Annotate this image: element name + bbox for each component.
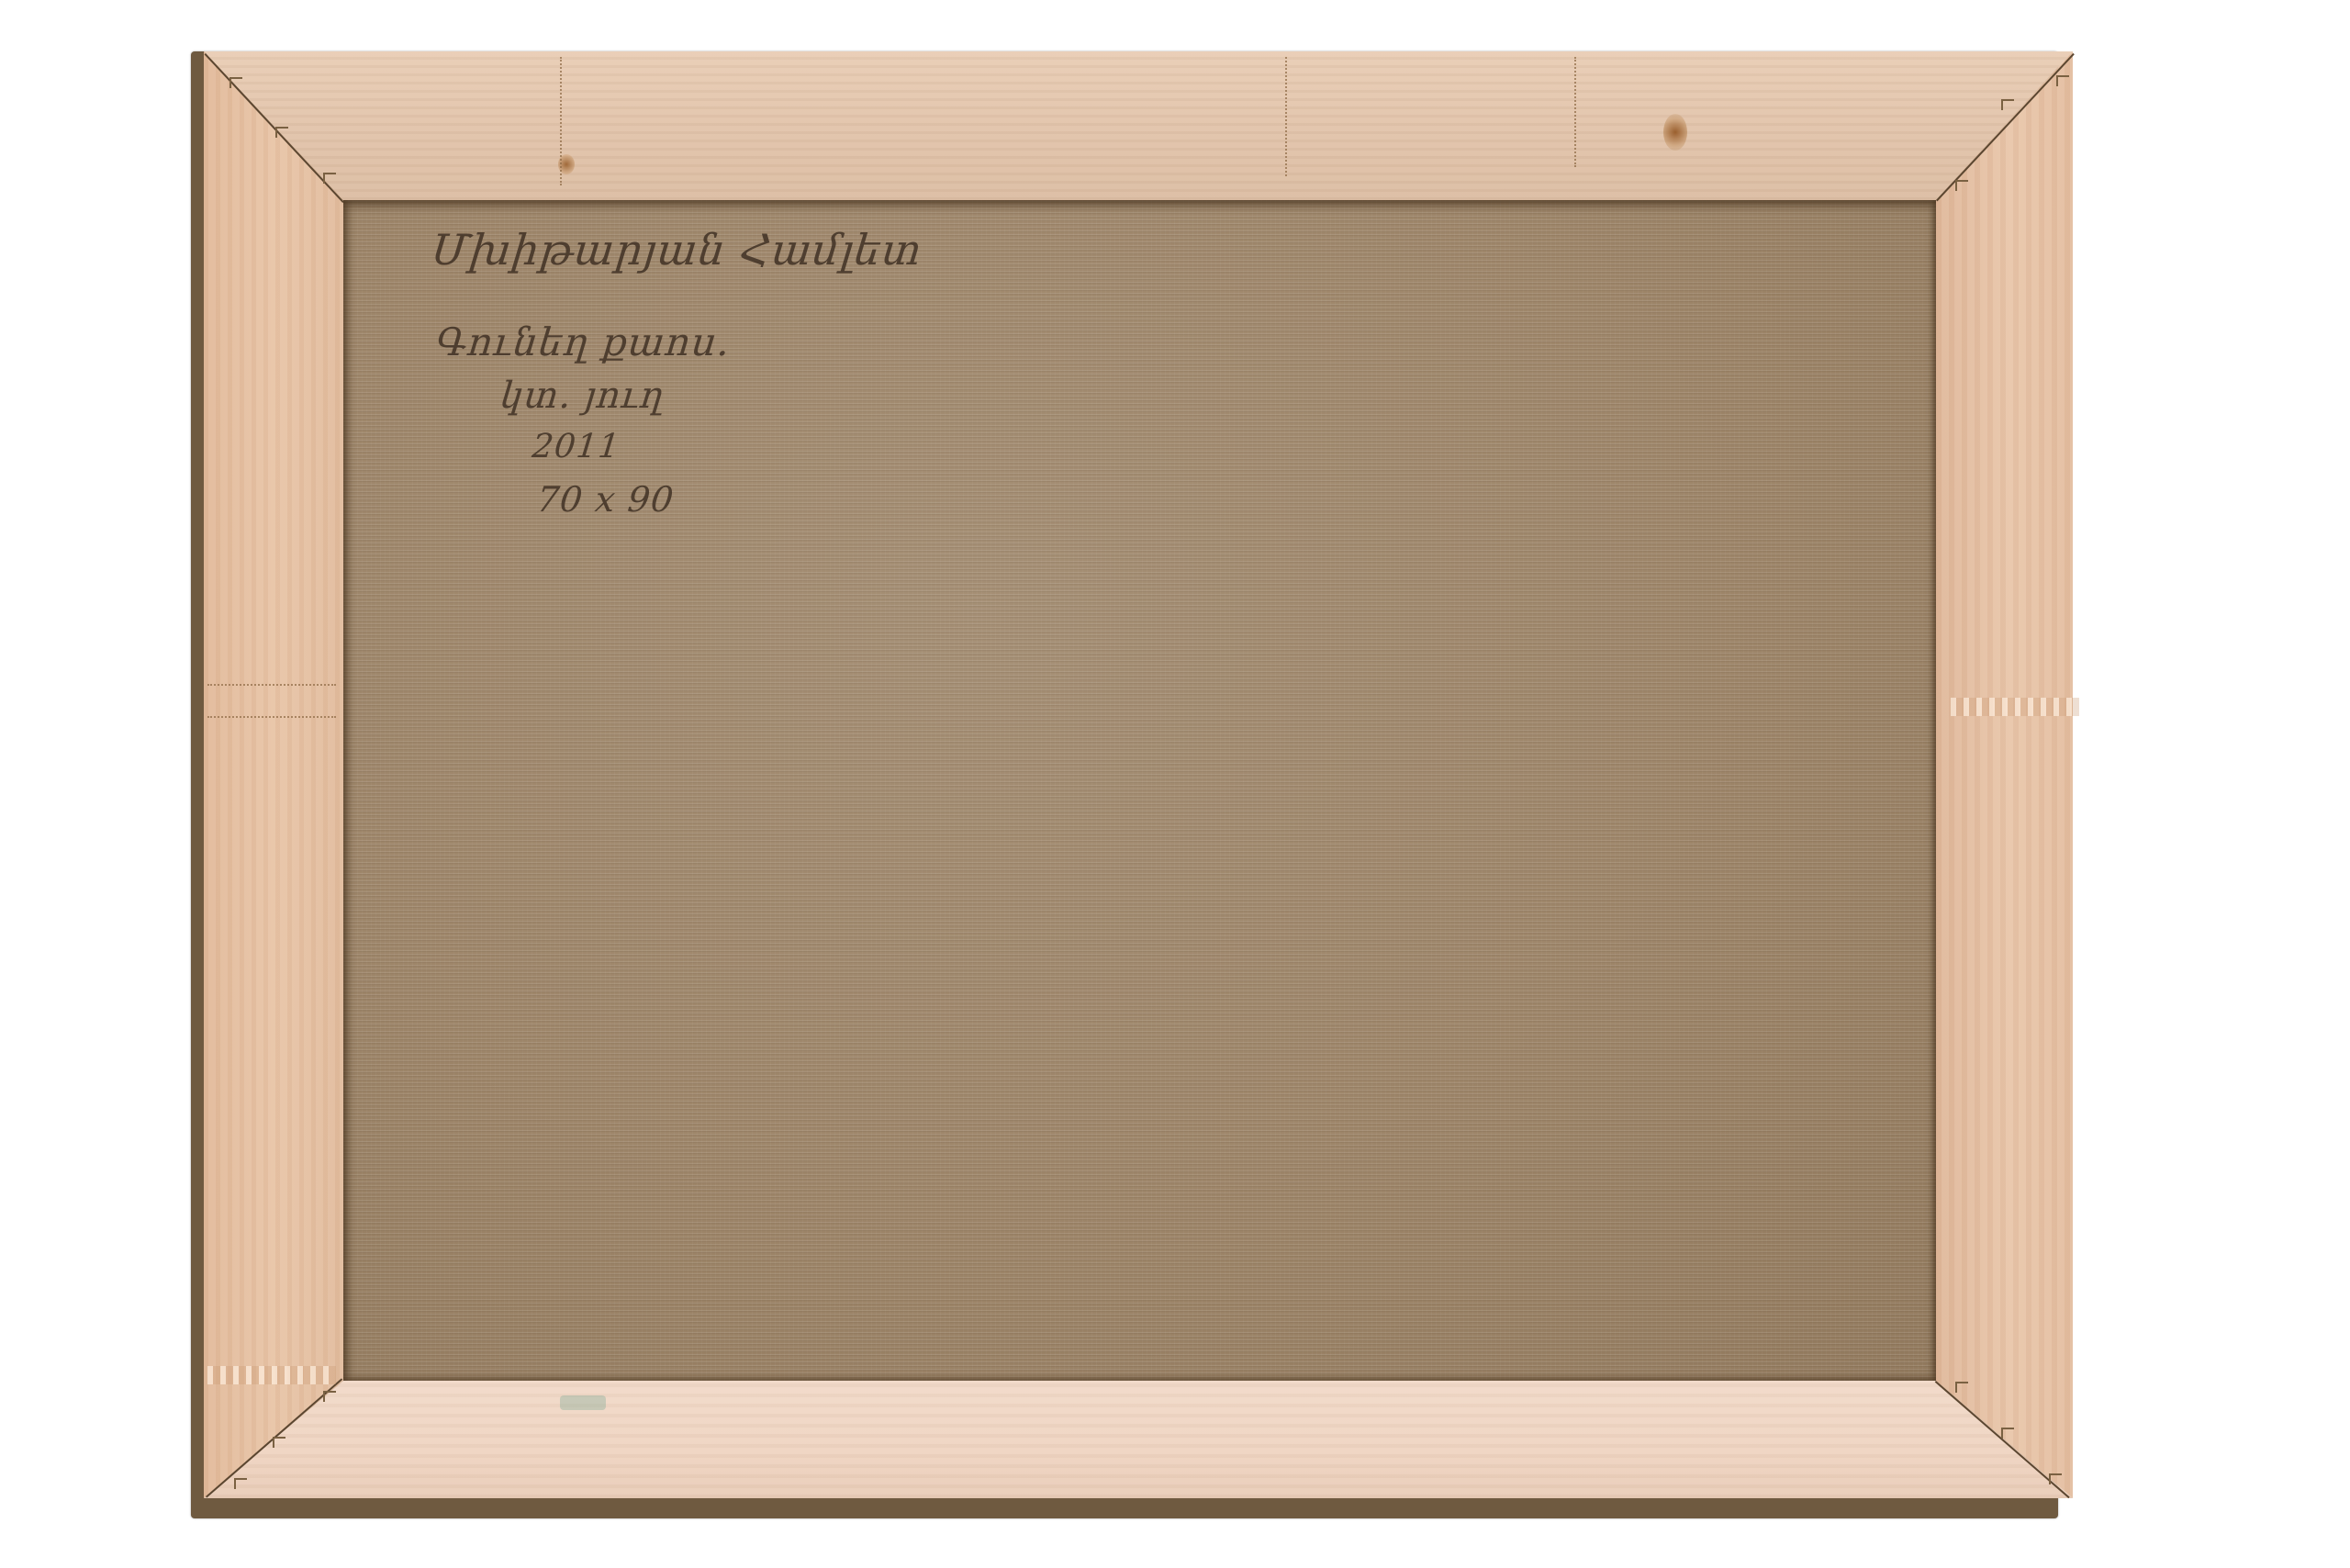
staple-icon [1955, 1382, 1968, 1393]
staple-icon [2056, 75, 2069, 86]
staple-icon [323, 173, 336, 184]
frame-left-bar [204, 51, 343, 1498]
finger-joint [1574, 57, 1576, 167]
inscription-dimensions: 70 x 90 [535, 479, 677, 520]
paint-stain [560, 1395, 606, 1410]
inscription-medium: կտ. յուղ [498, 375, 667, 417]
staple-icon [323, 1391, 336, 1402]
frame-right-bar [1936, 51, 2073, 1498]
staple-icon [229, 77, 242, 88]
finger-joint [207, 684, 336, 686]
staple-icon [275, 127, 288, 138]
finger-joint [1285, 57, 1287, 176]
staple-icon [2049, 1473, 2062, 1484]
staple-icon [2001, 1428, 2014, 1439]
frame-top-bar [204, 51, 2073, 200]
finger-joint-teeth [207, 1366, 336, 1384]
staple-icon [234, 1478, 247, 1489]
staple-icon [2001, 99, 2014, 110]
staple-icon [1955, 180, 1968, 191]
finger-joint [207, 716, 336, 718]
inscription-year: 2011 [531, 428, 622, 465]
finger-joint-teeth [1951, 698, 2079, 716]
finger-joint [560, 57, 562, 185]
inscription-title: Գունեղ քաոս. [433, 319, 733, 364]
wood-knot [1663, 114, 1687, 151]
frame-bottom-bar [204, 1381, 2073, 1498]
staple-icon [273, 1437, 285, 1448]
inscription-artist-name: Մխիթարյան Համլետ [429, 225, 924, 274]
